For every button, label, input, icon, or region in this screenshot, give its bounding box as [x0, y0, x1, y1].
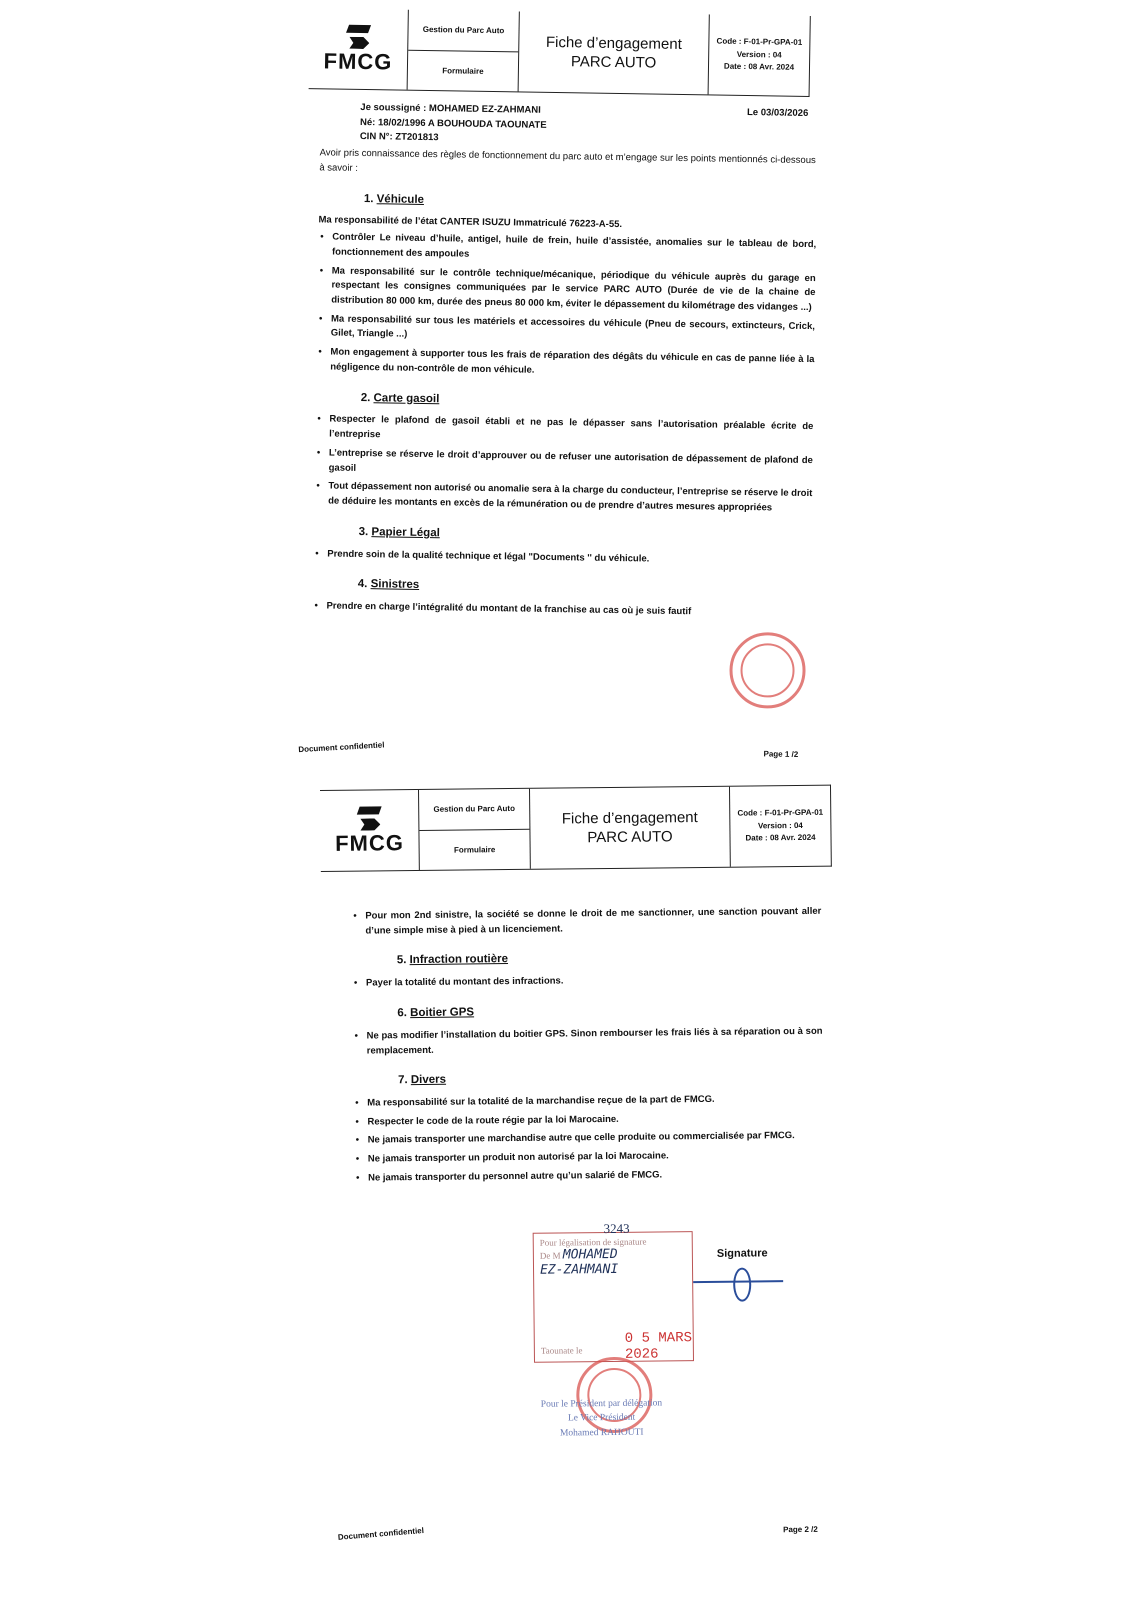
company-name: FMCG: [323, 50, 392, 73]
document-header: FMCG Gestion du Parc Auto Formulaire Fic…: [320, 785, 832, 872]
page-number: Page 1 /2: [763, 749, 798, 759]
section-title: Sinistres: [371, 578, 420, 591]
section-number: 2.: [361, 392, 371, 404]
logo-icon: [343, 25, 373, 51]
document-title: Fiche d’engagement PARC AUTO: [530, 787, 731, 869]
list-item: Ma responsabilité sur la totalité de la …: [353, 1092, 823, 1112]
doc-code: Code : F-01-Pr-GPA-01: [716, 35, 802, 49]
name-label: Je soussigné :: [360, 102, 426, 114]
page-2-sections: 5. Infraction routièrePayer la totalité …: [352, 948, 824, 1186]
list-item: Ne pas modifier l’installation du boitie…: [353, 1025, 823, 1059]
section-list: Respecter le plafond de gasoil établi et…: [314, 413, 813, 517]
delegation-block: Pour le Président par délégation Le Vice…: [526, 1396, 676, 1440]
section-title: Infraction routière: [410, 953, 509, 966]
page-2-content: Pour mon 2nd sinistre, la société se don…: [351, 905, 824, 1191]
section-number: 7.: [398, 1074, 408, 1086]
title-line-1: Fiche d’engagement: [546, 32, 682, 54]
section-number: 1.: [364, 193, 374, 205]
legalization-stamp: 3243 Pour légalisation de signature De M…: [533, 1231, 694, 1363]
company-logo: FMCG: [309, 8, 409, 90]
page-1-sections: 1. VéhiculeMa responsabilité de l’état C…: [312, 190, 817, 622]
section-number: 3.: [359, 526, 369, 538]
doc-version: Version : 04: [758, 820, 803, 833]
section-heading: 7. Divers: [398, 1068, 823, 1090]
document-meta: Code : F-01-Pr-GPA-01 Version : 04 Date …: [709, 14, 810, 96]
list-item: Pour mon 2nd sinistre, la société se don…: [351, 905, 821, 939]
delegation-line: Pour le Président par délégation: [526, 1396, 676, 1412]
section-number: 6.: [397, 1007, 407, 1019]
list-item: Contrôler Le niveau d’huile, antigel, hu…: [318, 230, 816, 267]
signature-mark: [733, 1268, 751, 1302]
doc-version: Version : 04: [737, 48, 782, 62]
section-list: Payer la totalité du montant des infract…: [352, 972, 822, 992]
section-list: Ma responsabilité sur la totalité de la …: [353, 1092, 824, 1187]
list-item: Respecter le plafond de gasoil établi et…: [315, 413, 813, 450]
company-logo: FMCG: [320, 790, 420, 871]
list-item: Payer la totalité du montant des infract…: [352, 972, 822, 992]
intro-text: Avoir pris connaissance des règles de fo…: [319, 146, 817, 183]
delegation-name: Mohamed RAHOUTI: [527, 1425, 677, 1441]
list-item: Prendre en charge l’intégralité du monta…: [312, 599, 810, 622]
doc-code: Code : F-01-Pr-GPA-01: [737, 807, 823, 821]
date-stamp: 0 5 MARS 2026: [625, 1330, 693, 1363]
list-item: Ma responsabilité sur le contrôle techni…: [317, 264, 816, 316]
footer-confidential: Document confidentiel: [338, 1526, 425, 1542]
department-label: Gestion du Parc Auto: [419, 789, 529, 831]
handwritten-surname: EZ-ZAHMANI: [540, 1261, 686, 1278]
delegation-role: Le Vice Président: [527, 1411, 677, 1427]
section-title: Véhicule: [377, 193, 424, 206]
list-item: Ne jamais transporter un produit non aut…: [354, 1148, 824, 1168]
department-label: Gestion du Parc Auto: [408, 10, 519, 52]
company-name: FMCG: [335, 832, 404, 855]
section-heading: 5. Infraction routière: [397, 948, 822, 970]
handwritten-name: MOHAMED: [563, 1247, 618, 1263]
section-list: Ne pas modifier l’installation du boitie…: [353, 1025, 823, 1059]
list-item: Ne jamais transporter une marchandise au…: [354, 1129, 824, 1149]
doc-date: Date : 08 Avr. 2024: [745, 832, 815, 846]
section-heading: 2. Carte gasoil: [361, 390, 814, 415]
section-title: Boitier GPS: [410, 1006, 474, 1019]
cin-number: ZT201813: [395, 132, 438, 144]
footer-confidential: Document confidentiel: [298, 740, 385, 754]
section-heading: 3. Papier Légal: [359, 524, 812, 549]
page-1: FMCG Gestion du Parc Auto Formulaire Fic…: [288, 0, 830, 788]
employee-name: MOHAMED EZ-ZAHMANI: [429, 103, 541, 116]
title-line-2: PARC AUTO: [571, 52, 657, 73]
section-number: 5.: [397, 955, 407, 967]
title-line-2: PARC AUTO: [587, 827, 673, 847]
logo-icon: [354, 806, 384, 832]
doc-type-label: Formulaire: [419, 829, 529, 870]
signature-label: Signature: [717, 1247, 768, 1260]
section-list: Prendre soin de la qualité technique et …: [313, 547, 811, 570]
list-item: Mon engagement à supporter tous les frai…: [316, 345, 814, 382]
section-heading: 1. Véhicule: [364, 191, 817, 216]
list-item: Ne jamais transporter du personnel autre…: [354, 1167, 824, 1187]
document-header: FMCG Gestion du Parc Auto Formulaire Fic…: [309, 8, 811, 97]
doc-date: Date : 08 Avr. 2024: [724, 61, 794, 75]
legalization-prefix: De M: [540, 1251, 561, 1261]
legalization-place: Taounate le: [541, 1345, 583, 1355]
identity-block: Je soussigné : MOHAMED EZ-ZAHMANI Né: 18…: [360, 101, 819, 152]
page-2: FMCG Gestion du Parc Auto Formulaire Fic…: [320, 785, 838, 1580]
section-heading: 6. Boitier GPS: [397, 1001, 822, 1023]
title-line-1: Fiche d’engagement: [562, 808, 698, 829]
birth-info: 18/02/1996 A BOUHOUDA TAOUNATE: [378, 117, 547, 131]
legalization-number: 3243: [604, 1221, 630, 1237]
list-item: Prendre soin de la qualité technique et …: [313, 547, 811, 570]
official-stamp: [729, 632, 806, 709]
cin-label: CIN N°:: [360, 131, 393, 143]
list-item: Tout dépassement non autorisé ou anomali…: [314, 480, 812, 517]
list-item: Ma responsabilité sur tous les matériels…: [317, 312, 815, 349]
document-meta: Code : F-01-Pr-GPA-01 Version : 04 Date …: [730, 786, 831, 867]
page-number: Page 2 /2: [783, 1525, 818, 1534]
birth-label: Né:: [360, 117, 375, 128]
section-title: Papier Légal: [371, 526, 440, 539]
document-title: Fiche d’engagement PARC AUTO: [519, 11, 710, 94]
section-title: Divers: [411, 1074, 446, 1086]
section-list: Prendre en charge l’intégralité du monta…: [312, 599, 810, 622]
section-heading: 4. Sinistres: [358, 576, 811, 601]
section-number: 4.: [358, 578, 368, 590]
section-list: Contrôler Le niveau d’huile, antigel, hu…: [316, 230, 816, 382]
section-title: Carte gasoil: [373, 392, 439, 405]
list-item: L’entreprise se réserve le droit d’appro…: [315, 446, 813, 483]
doc-type-label: Formulaire: [408, 50, 519, 91]
page-1-content: Je soussigné : MOHAMED EZ-ZAHMANI Né: 18…: [312, 100, 818, 626]
list-item: Respecter le code de la route régie par …: [353, 1110, 823, 1130]
